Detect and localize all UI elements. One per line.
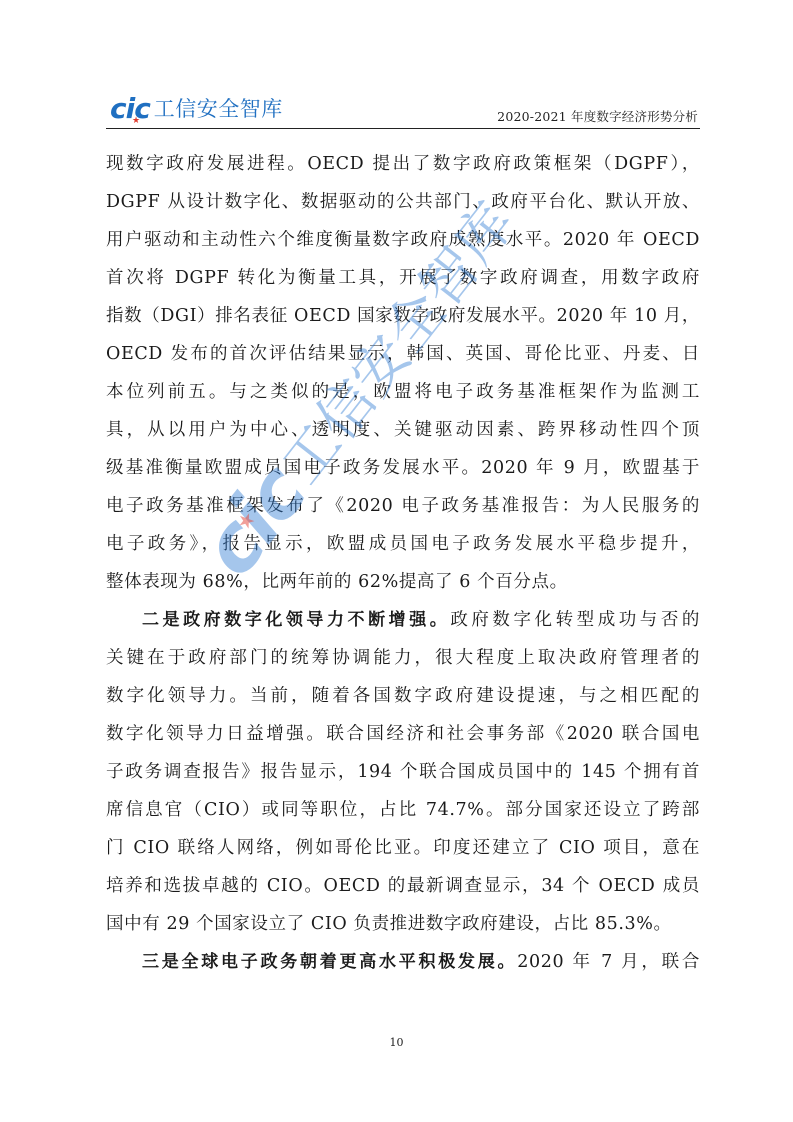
- text-line: 培养和选拔卓越的 CIO。OECD 的最新调查显示，34 个 OECD 成员: [106, 867, 700, 905]
- text-line: 电子政务》，报告显示，欧盟成员国电子政务发展水平稳步提升，: [106, 525, 700, 563]
- text-line: 门 CIO 联络人网络，例如哥伦比亚。印度还建立了 CIO 项目，意在: [106, 829, 700, 867]
- text-line: 关键在于政府部门的统筹协调能力，很大程度上取决政府管理者的: [106, 639, 700, 677]
- text-line: 首次将 DGPF 转化为衡量工具，开展了数字政府调查，用数字政府: [106, 259, 700, 297]
- text-line: 现数字政府发展进程。OECD 提出了数字政府政策框架（DGPF），: [106, 145, 700, 183]
- page-number: 10: [0, 1036, 793, 1049]
- text-line: 本位列前五。与之类似的是，欧盟将电子政务基准框架作为监测工: [106, 373, 700, 411]
- text-line: 用户驱动和主动性六个维度衡量数字政府成熟度水平。2020 年 OECD: [106, 221, 700, 259]
- logo-mark-text: cic: [110, 92, 150, 125]
- paragraph-1: 现数字政府发展进程。OECD 提出了数字政府政策框架（DGPF）， DGPF 从…: [106, 145, 700, 601]
- document-page: cic ★ 工信安全智库 2020-2021 年度数字经济形势分析 现数字政府发…: [0, 0, 793, 1122]
- text-span: 政府数字化转型成功与否的: [450, 610, 700, 630]
- page-header: cic ★ 工信安全智库 2020-2021 年度数字经济形势分析: [106, 94, 700, 129]
- text-span: 2020 年 7 月，联合: [517, 952, 700, 972]
- text-line: 电子政务基准框架发布了《2020 电子政务基准报告：为人民服务的: [106, 487, 700, 525]
- paragraph-2: 二是政府数字化领导力不断增强。政府数字化转型成功与否的 关键在于政府部门的统筹协…: [106, 601, 700, 943]
- logo: cic ★ 工信安全智库: [110, 94, 283, 124]
- text-line: 具，从以用户为中心、透明度、关键驱动因素、跨界移动性四个顶: [106, 411, 700, 449]
- text-line: 席信息官（CIO）或同等职位，占比 74.7%。部分国家还设立了跨部: [106, 791, 700, 829]
- paragraph-3: 三是全球电子政务朝着更高水平积极发展。2020 年 7 月，联合: [106, 943, 700, 981]
- text-line: 子政务调查报告》报告显示，194 个联合国成员国中的 145 个拥有首: [106, 753, 700, 791]
- text-line: 三是全球电子政务朝着更高水平积极发展。2020 年 7 月，联合: [106, 943, 700, 981]
- logo-mark: cic ★: [110, 94, 150, 124]
- text-line: 二是政府数字化领导力不断增强。政府数字化转型成功与否的: [106, 601, 700, 639]
- text-line: 数字化领导力。当前，随着各国数字政府建设提速，与之相匹配的: [106, 677, 700, 715]
- text-line: 整体表现为 68%，比两年前的 62%提高了 6 个百分点。: [106, 563, 700, 601]
- star-icon: ★: [132, 106, 139, 136]
- text-line: 指数（DGI）排名表征 OECD 国家数字政府发展水平。2020 年 10 月，: [106, 297, 700, 335]
- body-text: 现数字政府发展进程。OECD 提出了数字政府政策框架（DGPF）， DGPF 从…: [106, 145, 700, 981]
- text-line: 级基准衡量欧盟成员国电子政务发展水平。2020 年 9 月，欧盟基于: [106, 449, 700, 487]
- logo-text: 工信安全智库: [154, 94, 283, 124]
- paragraph-heading: 三是全球电子政务朝着更高水平积极发展。: [142, 952, 517, 972]
- header-title: 2020-2021 年度数字经济形势分析: [497, 107, 698, 125]
- text-line: OECD 发布的首次评估结果显示，韩国、英国、哥伦比亚、丹麦、日: [106, 335, 700, 373]
- text-line: 数字化领导力日益增强。联合国经济和社会事务部《2020 联合国电: [106, 715, 700, 753]
- text-line: DGPF 从设计数字化、数据驱动的公共部门、政府平台化、默认开放、: [106, 183, 700, 221]
- text-line: 国中有 29 个国家设立了 CIO 负责推进数字政府建设，占比 85.3%。: [106, 905, 700, 943]
- paragraph-heading: 二是政府数字化领导力不断增强。: [142, 610, 450, 630]
